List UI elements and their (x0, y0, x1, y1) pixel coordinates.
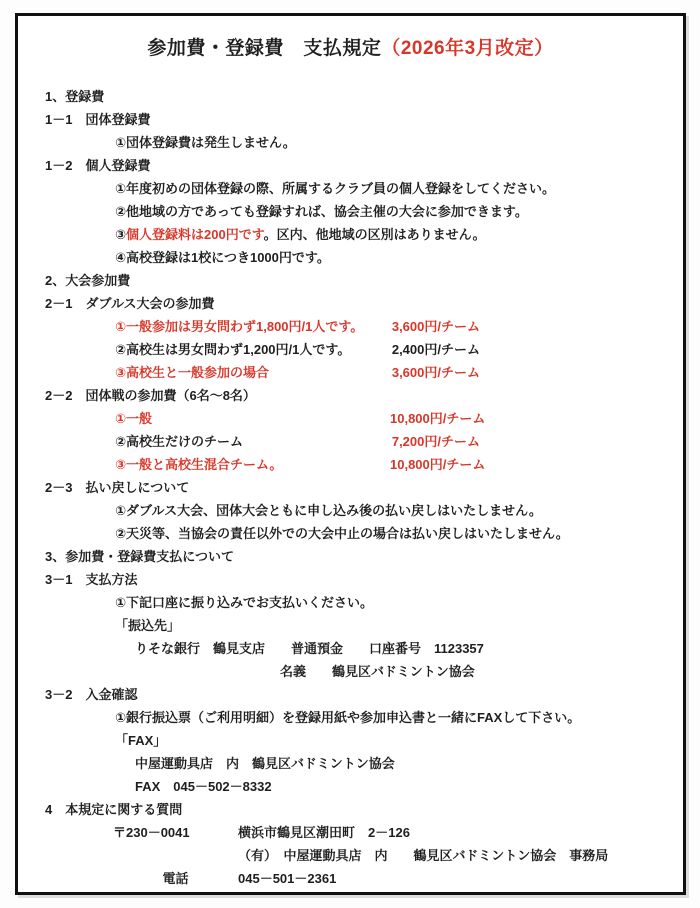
text-part: ①一般参加は男女問わず1,800円/1人です。 (115, 315, 390, 338)
detail-line: ①ダブルス大会、団体大会ともに申し込み後の払い戻しはいたしません。 (18, 499, 683, 522)
text-part: 2、大会参加費 (45, 273, 130, 288)
fee-price: 7,200円/チーム (390, 430, 480, 453)
text-part: 「振込先」 (115, 618, 180, 633)
section-heading: 1－2 個人登録費 (18, 154, 683, 177)
document-title: 参加費・登録費 支払規定（2026年3月改定） (18, 36, 683, 62)
detail-line: ③個人登録料は200円です。区内、他地域の区別はありません。 (18, 223, 683, 246)
section-heading: 1－1 団体登録費 (18, 108, 683, 131)
section-heading: 3－2 入金確認 (18, 683, 683, 706)
text-part: 1－2 個人登録費 (45, 158, 150, 173)
fee-price: 3,600円/チーム (390, 361, 480, 384)
detail-line: ①下記口座に振り込みでお支払いください。 (18, 591, 683, 614)
text-part: ②天災等、当協会の責任以外での大会中止の場合は払い戻しはいたしません。 (115, 526, 569, 541)
fee-line: ①一般参加は男女問わず1,800円/1人です。3,600円/チーム (18, 315, 683, 338)
text-part: ①一般 (115, 407, 390, 430)
fee-price: 2,400円/チーム (390, 338, 480, 361)
section-heading: 2－1 ダブルス大会の参加費 (18, 292, 683, 315)
text-part: 。区内、他地域の区別はありません。 (264, 227, 486, 242)
detail-line: ④高校登録は1校につき1000円です。 (18, 246, 683, 269)
text-part: 045－501－2361 (238, 871, 336, 886)
text-part: 個人登録料は200円です (126, 227, 264, 242)
text-part: ②高校生は男女問わず1,200円/1人です。 (115, 338, 390, 361)
detail-line: ①団体登録費は発生しません。 (18, 131, 683, 154)
fee-line: ③高校生と一般参加の場合3,600円/チーム (18, 361, 683, 384)
fee-price: 10,800円/チーム (390, 407, 480, 430)
detail-line: FAX 045－502－8332 (18, 775, 683, 798)
text-part: 4 本規定に関する質問 (45, 802, 182, 817)
text-part: ②他地域の方であっても登録すれば、協会主催の大会に参加できます。 (115, 204, 528, 219)
text-part: ③ (115, 227, 126, 242)
section-heading: 2、大会参加費 (18, 269, 683, 292)
text-part: ④高校登録は1校につき1000円です。 (115, 250, 330, 265)
detail-line: 「振込先」 (18, 614, 683, 637)
text-part: 2－1 ダブルス大会の参加費 (45, 296, 215, 311)
text-part: ③高校生と一般参加の場合 (115, 361, 390, 384)
text-part: （有） 中屋運動具店 内 鶴見区バドミントン協会 事務局 (238, 848, 608, 863)
text-part: ③一般と高校生混合チーム。 (115, 453, 390, 476)
detail-line: 名義 鶴見区バドミントン協会 (18, 660, 683, 683)
detail-line: りそな銀行 鶴見支店 普通預金 口座番号 1123357 (18, 637, 683, 660)
address-line: 〒230－0041横浜市鶴見区潮田町 2－126 (18, 821, 683, 844)
address-line: （有） 中屋運動具店 内 鶴見区バドミントン協会 事務局 (18, 844, 683, 867)
text-part: 1、登録費 (45, 89, 104, 104)
text-part: 3－2 入金確認 (45, 687, 137, 702)
text-part: ①団体登録費は発生しません。 (115, 135, 296, 150)
fee-price: 3,600円/チーム (390, 315, 480, 338)
detail-line: ②他地域の方であっても登録すれば、協会主催の大会に参加できます。 (18, 200, 683, 223)
text-part: ①年度初めの団体登録の際、所属するクラブ員の個人登録をしてください。 (115, 181, 555, 196)
text-part: りそな銀行 鶴見支店 普通預金 口座番号 1123357 (135, 641, 484, 656)
text-part: FAX 045－502－8332 (135, 779, 272, 794)
section-heading: 1、登録費 (18, 85, 683, 108)
address-line: 電話045－501－2361 (18, 867, 683, 890)
document-page: 参加費・登録費 支払規定（2026年3月改定） 1、登録費1－1 団体登録費①団… (15, 13, 686, 895)
document-body: 1、登録費1－1 団体登録費①団体登録費は発生しません。1－2 個人登録費①年度… (18, 85, 683, 890)
detail-line: 「FAX」 (18, 729, 683, 752)
detail-line: ①年度初めの団体登録の際、所属するクラブ員の個人登録をしてください。 (18, 177, 683, 200)
text-part: 横浜市鶴見区潮田町 2－126 (238, 825, 410, 840)
section-heading: 2－3 払い戻しについて (18, 476, 683, 499)
detail-line: ①銀行振込票（ご利用明細）を登録用紙や参加申込書と一緒にFAXして下さい。 (18, 706, 683, 729)
section-heading: 3、参加費・登録費支払について (18, 545, 683, 568)
fee-line: ②高校生は男女問わず1,200円/1人です。2,400円/チーム (18, 338, 683, 361)
text-part: 名義 鶴見区バドミントン協会 (280, 664, 475, 679)
text-part: 電話 (113, 867, 238, 890)
text-part: 「FAX」 (115, 733, 166, 748)
title-revision: （2026年3月改定） (381, 38, 553, 59)
text-part: ①銀行振込票（ご利用明細）を登録用紙や参加申込書と一緒にFAXして下さい。 (115, 710, 580, 725)
text-part: 2－2 団体戦の参加費（6名～8名） (45, 388, 256, 403)
text-part: ①下記口座に振り込みでお支払いください。 (115, 595, 373, 610)
text-part: ①ダブルス大会、団体大会ともに申し込み後の払い戻しはいたしません。 (115, 503, 542, 518)
fee-line: ③一般と高校生混合チーム。10,800円/チーム (18, 453, 683, 476)
text-part: 3、参加費・登録費支払について (45, 549, 234, 564)
detail-line: 中屋運動具店 内 鶴見区バドミントン協会 (18, 752, 683, 775)
fee-line: ②高校生だけのチーム7,200円/チーム (18, 430, 683, 453)
title-main: 参加費・登録費 支払規定 (147, 38, 381, 59)
text-part: 1－1 団体登録費 (45, 112, 150, 127)
text-part: ②高校生だけのチーム (115, 430, 390, 453)
text-part: 3－1 支払方法 (45, 572, 137, 587)
fee-price: 10,800円/チーム (390, 453, 480, 476)
fee-line: ①一般10,800円/チーム (18, 407, 683, 430)
text-part: 〒230－0041 (113, 821, 238, 844)
text-part: 中屋運動具店 内 鶴見区バドミントン協会 (135, 756, 395, 771)
section-heading: 4 本規定に関する質問 (18, 798, 683, 821)
section-heading: 3－1 支払方法 (18, 568, 683, 591)
section-heading: 2－2 団体戦の参加費（6名～8名） (18, 384, 683, 407)
text-part: 2－3 払い戻しについて (45, 480, 189, 495)
detail-line: ②天災等、当協会の責任以外での大会中止の場合は払い戻しはいたしません。 (18, 522, 683, 545)
